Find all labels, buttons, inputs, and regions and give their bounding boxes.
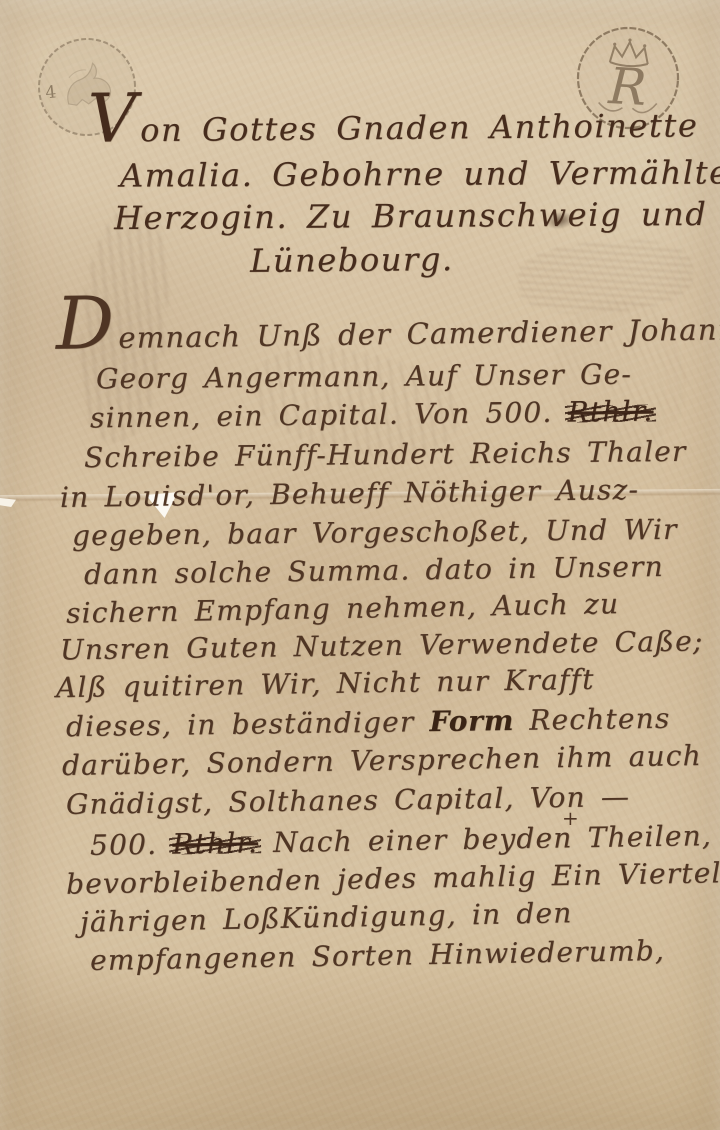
line-text: Rechtens bbox=[514, 702, 671, 737]
heading-line: Herzogin. Zu Braunschweig und bbox=[114, 198, 708, 234]
heading-text: Herzogin. Zu Braunschweig und bbox=[114, 195, 708, 237]
manuscript-line: dieses, in beständiger Form Rechtens bbox=[66, 705, 671, 741]
manuscript-line: gegeben, baar Vorgeschoßet, Und Wir bbox=[72, 516, 678, 550]
line-text: Schreibe Fünff-Hundert Reichs Thaler bbox=[84, 435, 687, 474]
stamp-value: 4 bbox=[44, 82, 57, 103]
heading-line: Lünebourg. bbox=[250, 243, 454, 277]
heading-text: Von Gottes Gnaden Anthoinette bbox=[88, 106, 699, 149]
crossed-out-word: Rthlr. bbox=[567, 398, 653, 427]
manuscript-line: dann solche Summa. dato in Unsern bbox=[84, 553, 664, 589]
manuscript-line: Alß quitiren Wir, Nicht nur Krafft bbox=[56, 666, 595, 702]
manuscript-line: Gnädigst, Solthanes Capital, Von — bbox=[66, 783, 630, 819]
manuscript-line: Georg Angermann, Auf Unser Ge- bbox=[96, 361, 632, 394]
emphasized-word: Form bbox=[429, 704, 514, 738]
heading-text: Lünebourg. bbox=[250, 240, 454, 280]
line-text: 500. bbox=[90, 828, 173, 862]
manuscript-line: sinnen, ein Capital. Von 500. Rthlr. bbox=[90, 398, 654, 433]
insertion-mark: + bbox=[562, 806, 579, 830]
line-text: dieses, in beständiger bbox=[66, 705, 430, 743]
heading-line: Von Gottes Gnaden Anthoinette bbox=[88, 109, 699, 146]
line-text: Georg Angermann, Auf Unser Ge- bbox=[96, 358, 632, 396]
manuscript-line: in Louisd'or, Behueff Nöthiger Ausz- bbox=[60, 476, 639, 512]
crossed-out-word: Rthlr. bbox=[172, 829, 258, 858]
heading-text: Amalia. Gebohrne und Vermählte bbox=[120, 153, 720, 194]
line-text: gegeben, baar Vorgeschoßet, Und Wir bbox=[72, 513, 678, 552]
heading-line: Amalia. Gebohrne und Vermählte bbox=[120, 156, 720, 191]
line-text: sinnen, ein Capital. Von 500. bbox=[90, 396, 568, 435]
manuscript-line: Schreibe Fünff-Hundert Reichs Thaler bbox=[84, 438, 687, 472]
